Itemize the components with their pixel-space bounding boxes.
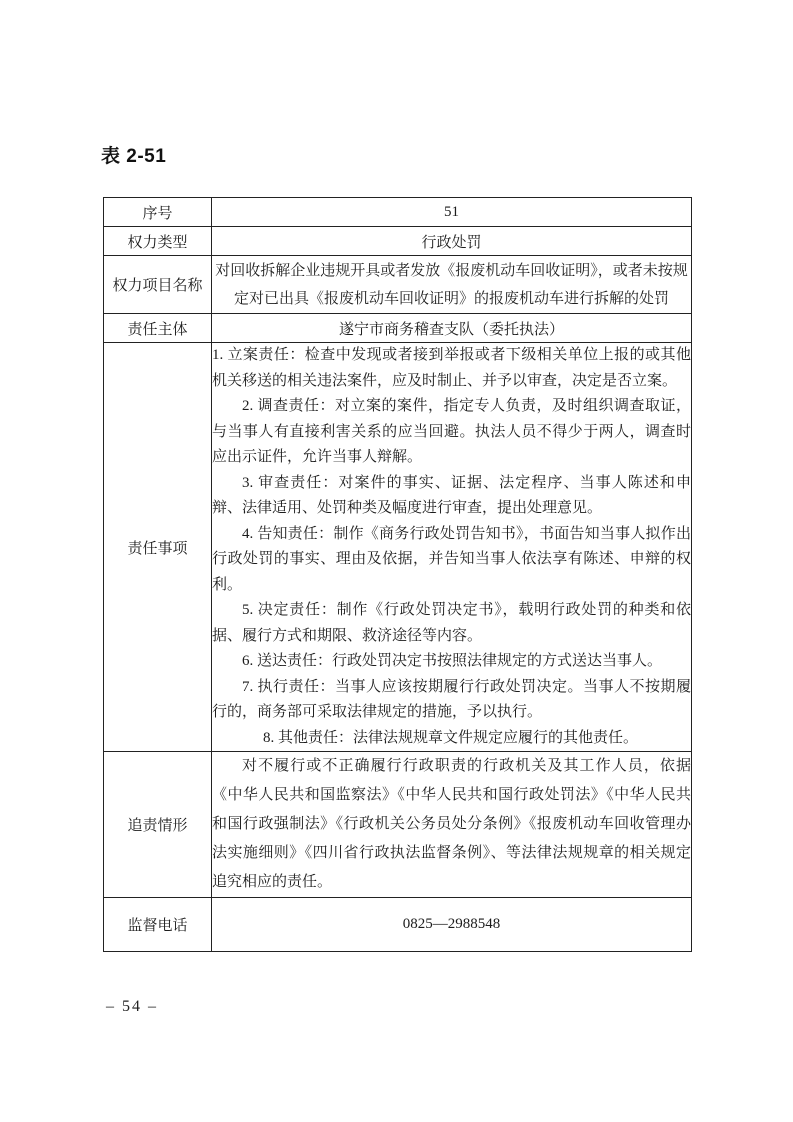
duty-item: 6. 送达责任：行政处罚决定书按照法律规定的方式送达当事人。 <box>212 649 691 675</box>
row-project-name-value: 对回收拆解企业违规开具或者发放《报废机动车回收证明》，或者未按规定对已出具《报废… <box>212 256 692 314</box>
table-row: 权力项目名称 对回收拆解企业违规开具或者发放《报废机动车回收证明》，或者未按规定… <box>104 256 692 314</box>
duty-item: 3. 审查责任：对案件的事实、证据、法定程序、当事人陈述和申辩、法律适用、处罚种… <box>212 471 691 522</box>
duty-item: 2. 调查责任：对立案的案件，指定专人负责，及时组织调查取证，与当事人有直接利害… <box>212 394 691 471</box>
table-row: 追责情形 对不履行或不正确履行行政职责的行政机关及其工作人员，依据《中华人民共和… <box>104 752 692 898</box>
row-supervision-phone-label: 监督电话 <box>104 898 212 952</box>
doc-title: 表 2-51 <box>101 141 166 168</box>
duty-item: 5. 决定责任：制作《行政处罚决定书》，载明行政处罚的种类和依据、履行方式和期限… <box>212 598 691 649</box>
row-supervision-phone-value: 0825—2988548 <box>212 898 692 952</box>
row-responsible-entity-label: 责任主体 <box>104 314 212 343</box>
table-row: 责任事项 1. 立案责任：检查中发现或者接到举报或者下级相关单位上报的或其他机关… <box>104 343 692 752</box>
row-serial-value: 51 <box>212 198 692 227</box>
row-duty-items-label: 责任事项 <box>104 343 212 752</box>
row-serial-label: 序号 <box>104 198 212 227</box>
page-number: – 54 – <box>106 998 158 1016</box>
duty-item: 7. 执行责任：当事人应该按期履行行政处罚决定。当事人不按期履行的，商务部可采取… <box>212 675 691 726</box>
document-page: 表 2-51 序号 51 权力类型 行政处罚 权力项目名称 对回收拆解企业违规开… <box>0 0 793 1122</box>
row-project-name-label: 权力项目名称 <box>104 256 212 314</box>
duty-item: 1. 立案责任：检查中发现或者接到举报或者下级相关单位上报的或其他机关移送的相关… <box>212 343 691 394</box>
table-row: 权力类型 行政处罚 <box>104 227 692 256</box>
table-row: 责任主体 遂宁市商务稽查支队（委托执法） <box>104 314 692 343</box>
table-row: 监督电话 0825—2988548 <box>104 898 692 952</box>
row-power-type-label: 权力类型 <box>104 227 212 256</box>
row-accountability-label: 追责情形 <box>104 752 212 898</box>
duty-item: 8. 其他责任：法律法规规章文件规定应履行的其他责任。 <box>212 726 691 752</box>
row-duty-items-value: 1. 立案责任：检查中发现或者接到举报或者下级相关单位上报的或其他机关移送的相关… <box>212 343 692 752</box>
power-table: 序号 51 权力类型 行政处罚 权力项目名称 对回收拆解企业违规开具或者发放《报… <box>103 197 692 952</box>
row-power-type-value: 行政处罚 <box>212 227 692 256</box>
table-row: 序号 51 <box>104 198 692 227</box>
row-accountability-value: 对不履行或不正确履行行政职责的行政机关及其工作人员，依据《中华人民共和国监察法》… <box>212 752 692 898</box>
duty-item: 4. 告知责任：制作《商务行政处罚告知书》，书面告知当事人拟作出行政处罚的事实、… <box>212 522 691 599</box>
row-responsible-entity-value: 遂宁市商务稽查支队（委托执法） <box>212 314 692 343</box>
